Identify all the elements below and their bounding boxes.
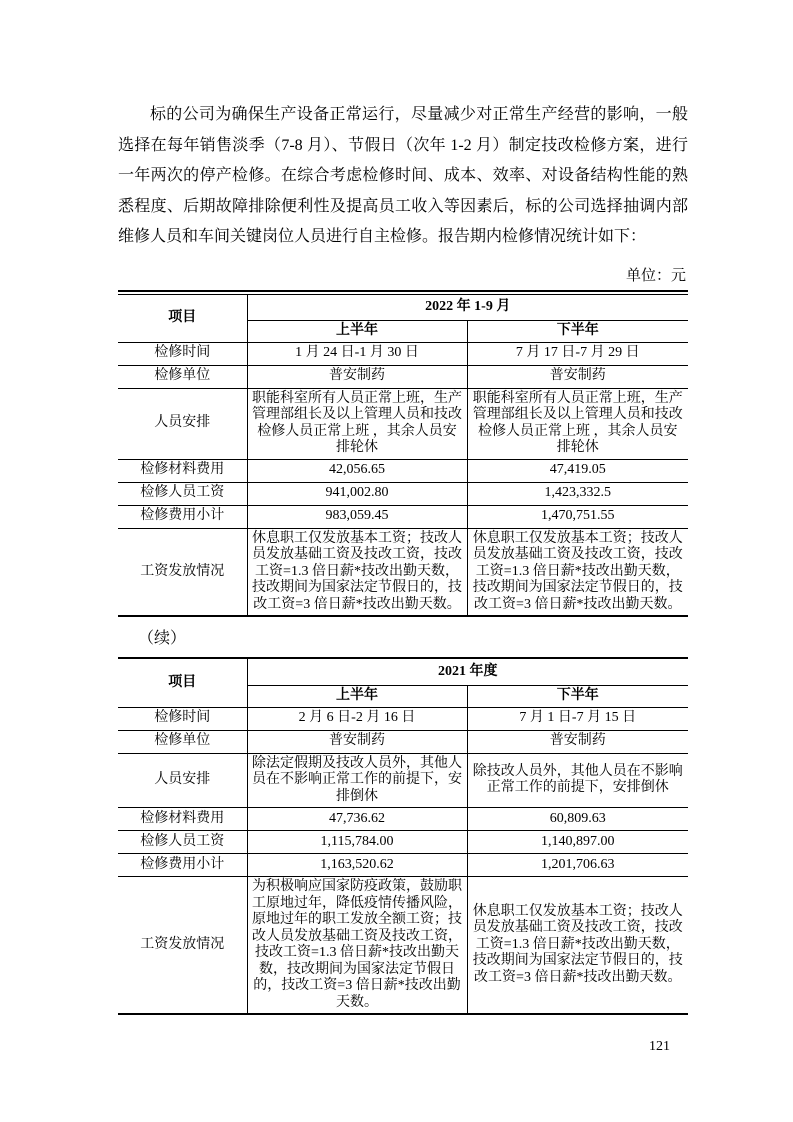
row-label-subtotal: 检修费用小计 xyxy=(118,854,247,877)
row-label-material-cost: 检修材料费用 xyxy=(118,459,247,482)
table-2021-header-row-1: 项目 2021 年度 xyxy=(118,659,688,685)
cell-subtotal-h1: 1,163,520.62 xyxy=(247,854,467,877)
cell-labor-cost-h1: 941,002.80 xyxy=(247,482,467,505)
cell-staffing-h1: 职能科室所有人员正常上班，生产管理部组长及以上管理人员和技改检修人员正常上班 ，… xyxy=(247,388,467,459)
table-row-material-cost: 检修材料费用 42,056.65 47,419.05 xyxy=(118,459,688,482)
row-label-labor-cost: 检修人员工资 xyxy=(118,831,247,854)
table-2022-period-header: 2022 年 1-9 月 xyxy=(247,294,688,320)
page-content: 标的公司为确保生产设备正常运行，尽量减少对正常生产经营的影响，一般选择在每年销售… xyxy=(118,100,688,1015)
cell-staffing-h1: 除法定假期及技改人员外，其他人员在不影响正常工作的前提下，安排倒休 xyxy=(247,753,467,808)
row-label-labor-cost: 检修人员工资 xyxy=(118,482,247,505)
table-2021-item-header: 项目 xyxy=(118,659,247,707)
row-label-repair-unit: 检修单位 xyxy=(118,365,247,388)
cell-labor-cost-h1: 1,115,784.00 xyxy=(247,831,467,854)
cell-repair-unit-h1: 普安制药 xyxy=(247,730,467,753)
cell-material-cost-h1: 42,056.65 xyxy=(247,459,467,482)
table-row-staffing: 人员安排 除法定假期及技改人员外，其他人员在不影响正常工作的前提下，安排倒休 除… xyxy=(118,753,688,808)
table-row-staffing: 人员安排 职能科室所有人员正常上班，生产管理部组长及以上管理人员和技改检修人员正… xyxy=(118,388,688,459)
row-label-wage-policy: 工资发放情况 xyxy=(118,877,247,1015)
table-2022-header-row-1: 项目 2022 年 1-9 月 xyxy=(118,294,688,320)
table-row-labor-cost: 检修人员工资 1,115,784.00 1,140,897.00 xyxy=(118,831,688,854)
page-number: 121 xyxy=(649,1039,670,1055)
row-label-staffing: 人员安排 xyxy=(118,753,247,808)
intro-paragraph: 标的公司为确保生产设备正常运行，尽量减少对正常生产经营的影响，一般选择在每年销售… xyxy=(118,100,688,253)
cell-repair-time-h2: 7 月 17 日-7 月 29 日 xyxy=(467,342,688,365)
cell-material-cost-h2: 47,419.05 xyxy=(467,459,688,482)
table-row-material-cost: 检修材料费用 47,736.62 60,809.63 xyxy=(118,808,688,831)
row-label-repair-time: 检修时间 xyxy=(118,707,247,730)
row-label-repair-unit: 检修单位 xyxy=(118,730,247,753)
cell-repair-time-h2: 7 月 1 日-7 月 15 日 xyxy=(467,707,688,730)
maintenance-table-2022: 项目 2022 年 1-9 月 上半年 下半年 检修时间 1 月 24 日-1 … xyxy=(118,294,688,618)
table-2022-item-header: 项目 xyxy=(118,294,247,342)
row-label-repair-time: 检修时间 xyxy=(118,342,247,365)
cell-wage-policy-h2: 休息职工仅发放基本工资；技改人员发放基础工资及技改工资，技改工资=1.3 倍日薪… xyxy=(467,877,688,1015)
cell-repair-unit-h1: 普安制药 xyxy=(247,365,467,388)
table-2022-second-half-header: 下半年 xyxy=(467,320,688,342)
table-2021-first-half-header: 上半年 xyxy=(247,685,467,707)
table-row-wage-policy: 工资发放情况 为积极响应国家防疫政策，鼓励职工原地过年，降低疫情传播风险，原地过… xyxy=(118,877,688,1015)
table-2021-period-header: 2021 年度 xyxy=(247,659,688,685)
table-2022-first-half-header: 上半年 xyxy=(247,320,467,342)
table-2021-second-half-header: 下半年 xyxy=(467,685,688,707)
cell-staffing-h2: 职能科室所有人员正常上班，生产管理部组长及以上管理人员和技改检修人员正常上班 ，… xyxy=(467,388,688,459)
table-row-repair-unit: 检修单位 普安制药 普安制药 xyxy=(118,730,688,753)
table-row-repair-time: 检修时间 2 月 6 日-2 月 16 日 7 月 1 日-7 月 15 日 xyxy=(118,707,688,730)
maintenance-table-2021: 项目 2021 年度 上半年 下半年 检修时间 2 月 6 日-2 月 16 日… xyxy=(118,659,688,1015)
table-row-repair-unit: 检修单位 普安制药 普安制药 xyxy=(118,365,688,388)
cell-subtotal-h2: 1,470,751.55 xyxy=(467,505,688,528)
row-label-subtotal: 检修费用小计 xyxy=(118,505,247,528)
table-row-labor-cost: 检修人员工资 941,002.80 1,423,332.5 xyxy=(118,482,688,505)
cell-staffing-h2: 除技改人员外，其他人员在不影响正常工作的前提下，安排倒休 xyxy=(467,753,688,808)
table-row-subtotal: 检修费用小计 1,163,520.62 1,201,706.63 xyxy=(118,854,688,877)
cell-repair-time-h1: 2 月 6 日-2 月 16 日 xyxy=(247,707,467,730)
cell-material-cost-h2: 60,809.63 xyxy=(467,808,688,831)
table-row-repair-time: 检修时间 1 月 24 日-1 月 30 日 7 月 17 日-7 月 29 日 xyxy=(118,342,688,365)
cell-repair-unit-h2: 普安制药 xyxy=(467,365,688,388)
continued-label: （续） xyxy=(138,625,688,648)
document-page: 标的公司为确保生产设备正常运行，尽量减少对正常生产经营的影响，一般选择在每年销售… xyxy=(0,0,793,1122)
cell-subtotal-h1: 983,059.45 xyxy=(247,505,467,528)
cell-repair-time-h1: 1 月 24 日-1 月 30 日 xyxy=(247,342,467,365)
row-label-staffing: 人员安排 xyxy=(118,388,247,459)
cell-repair-unit-h2: 普安制药 xyxy=(467,730,688,753)
cell-wage-policy-h1: 休息职工仅发放基本工资；技改人员发放基础工资及技改工资，技改工资=1.3 倍日薪… xyxy=(247,528,467,616)
cell-material-cost-h1: 47,736.62 xyxy=(247,808,467,831)
cell-labor-cost-h2: 1,423,332.5 xyxy=(467,482,688,505)
table-row-wage-policy: 工资发放情况 休息职工仅发放基本工资；技改人员发放基础工资及技改工资，技改工资=… xyxy=(118,528,688,616)
cell-wage-policy-h2: 休息职工仅发放基本工资；技改人员发放基础工资及技改工资，技改工资=1.3 倍日薪… xyxy=(467,528,688,616)
cell-labor-cost-h2: 1,140,897.00 xyxy=(467,831,688,854)
table-row-subtotal: 检修费用小计 983,059.45 1,470,751.55 xyxy=(118,505,688,528)
cell-subtotal-h2: 1,201,706.63 xyxy=(467,854,688,877)
row-label-material-cost: 检修材料费用 xyxy=(118,808,247,831)
maintenance-table-2022-wrapper: 项目 2022 年 1-9 月 上半年 下半年 检修时间 1 月 24 日-1 … xyxy=(118,290,688,618)
maintenance-table-2021-wrapper: 项目 2021 年度 上半年 下半年 检修时间 2 月 6 日-2 月 16 日… xyxy=(118,657,688,1015)
unit-label: 单位：元 xyxy=(118,264,688,285)
cell-wage-policy-h1: 为积极响应国家防疫政策，鼓励职工原地过年，降低疫情传播风险，原地过年的职工发放全… xyxy=(247,877,467,1015)
row-label-wage-policy: 工资发放情况 xyxy=(118,528,247,616)
